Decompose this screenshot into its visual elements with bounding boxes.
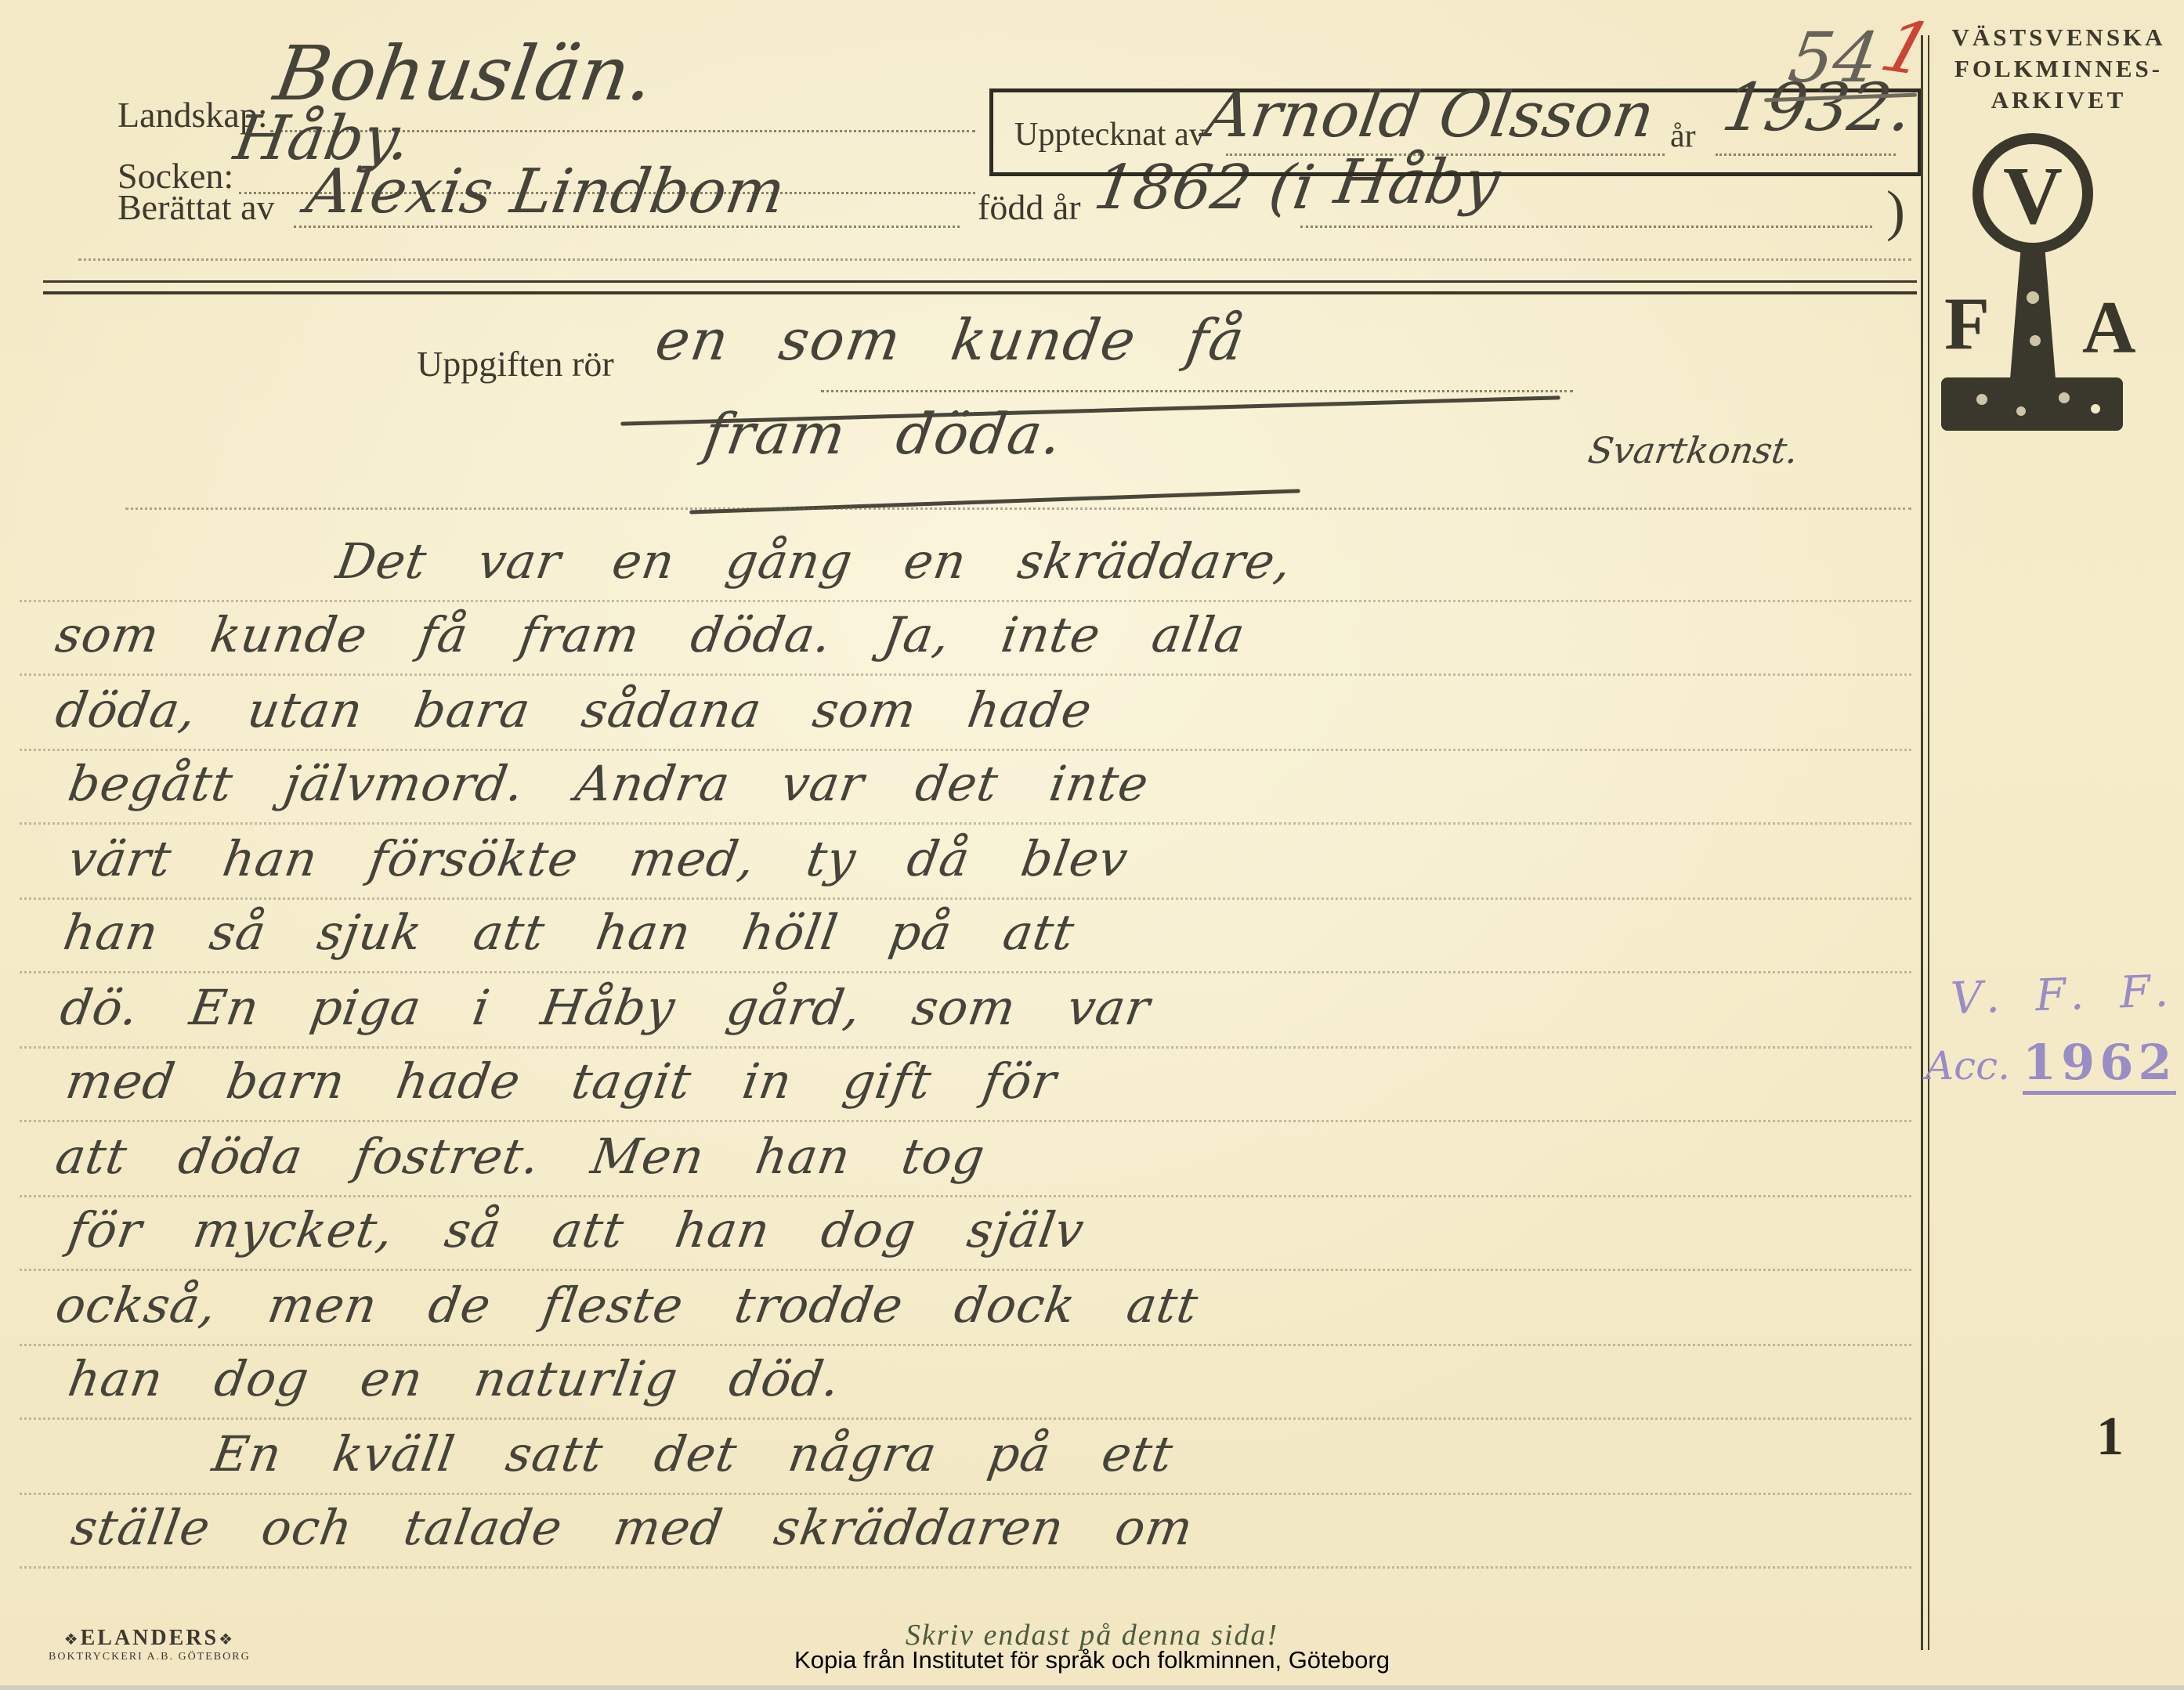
title-line2-handwritten: fram döda. [705,401,1063,467]
upptecknat-label: Upptecknat av [1014,116,1206,153]
title-dotted-line-1 [821,390,1573,392]
body-line: döda, utan bara sådana som hade [56,681,1091,738]
berattat-value-handwritten: Alexis Lindbom [307,157,784,227]
closing-paren: ) [1886,179,1905,244]
archive-name-line3: ARKIVET [1941,85,2176,116]
body-line: att döda fostret. Men han tog [56,1128,985,1185]
accession-stamp-line2: Acc. 1962 [1925,1034,2176,1091]
body-rule [20,822,1911,825]
body-rule [20,1046,1911,1049]
margin-vertical-line-2 [1928,35,1929,1650]
body-rule [20,1417,1911,1420]
logo-letter-f: F [1944,282,1990,365]
ar-dotted-line [1716,153,1896,156]
logo-letter-v: V [2003,150,2063,241]
body-rule [20,1566,1911,1569]
body-line: som kunde få fram döda. Ja, inte alla [56,606,1245,663]
body-rule [20,897,1911,900]
title-underline-2 [689,489,1300,514]
body-line: värt han försökte med, ty då blev [69,830,1128,887]
thor-hammer-icon: V F A [1935,117,2139,446]
header-dotted-line [78,258,1911,261]
body-line: Det var en gång en skräddare, [337,533,1291,590]
title-dotted-line-2 [125,507,1911,510]
archive-name-line1: VÄSTSVENSKA [1941,22,2176,53]
header-rule-top [43,280,1917,283]
accession-stamp-line1: V. F. F. [1950,966,2180,1024]
body-line: En kväll satt det några på ett [213,1425,1173,1482]
body-rule [20,971,1911,973]
scanned-record-card: Landskap: Bohuslän. Socken: Håby. Berätt… [0,0,2184,1690]
title-note-handwritten: Svartkonst. [1589,429,1798,471]
body-line: för mycket, så att han dog själv [69,1201,1084,1258]
body-rule [20,1120,1911,1122]
accession-stamp-number: 1962 [2023,1034,2177,1095]
archive-name-line2: FOLKMINNES- [1941,53,2176,85]
body-line: han dog en naturlig död. [69,1350,840,1407]
header-rule-bottom [43,291,1917,294]
body-line: med barn hade tagit in gift för [67,1053,1056,1110]
archive-number-red: 1 [1878,3,1936,92]
body-rule [20,1493,1911,1495]
body-line: dö. En piga i Håby gård, som var [61,979,1150,1036]
logo-letter-a: A [2082,286,2136,369]
uppgiften-label: Uppgiften rör [417,343,614,385]
body-line: också, men de fleste trodde dock att [56,1277,1198,1334]
ar-label: år [1670,117,1696,155]
upptecknat-dotted-line [1226,153,1665,156]
copy-caption: Kopia från Institutet för språk och folk… [0,1646,2184,1674]
body-line: han så sjuk att han höll på att [64,904,1074,961]
body-rule [20,600,1911,602]
title-line1-handwritten: en som kunde få [656,307,1245,373]
fodd-label: född år [978,186,1081,228]
page-number: 1 [2096,1406,2124,1468]
body-rule [20,1269,1911,1271]
body-rule [20,749,1911,751]
body-rule [20,1195,1911,1197]
archive-number-pencil: 54 [1790,17,1878,98]
margin-vertical-line-1 [1921,35,1923,1650]
body-line: begått jälvmord. Andra var det inte [69,755,1148,812]
archive-name: VÄSTSVENSKA FOLKMINNES- ARKIVET [1941,22,2176,116]
body-line: ställe och talade med skräddaren om [72,1499,1193,1556]
body-rule [20,673,1911,676]
archive-logo: V F A [1935,117,2139,446]
upptecknat-value-handwritten: Arnold Olsson [1206,78,1654,151]
scan-bottom-edge [0,1685,2184,1690]
fodd-dotted-line [1300,226,1872,228]
accession-stamp-prefix: Acc. [1925,1043,2010,1089]
body-rule [20,1344,1911,1346]
berattat-label: Berättat av [118,186,275,228]
